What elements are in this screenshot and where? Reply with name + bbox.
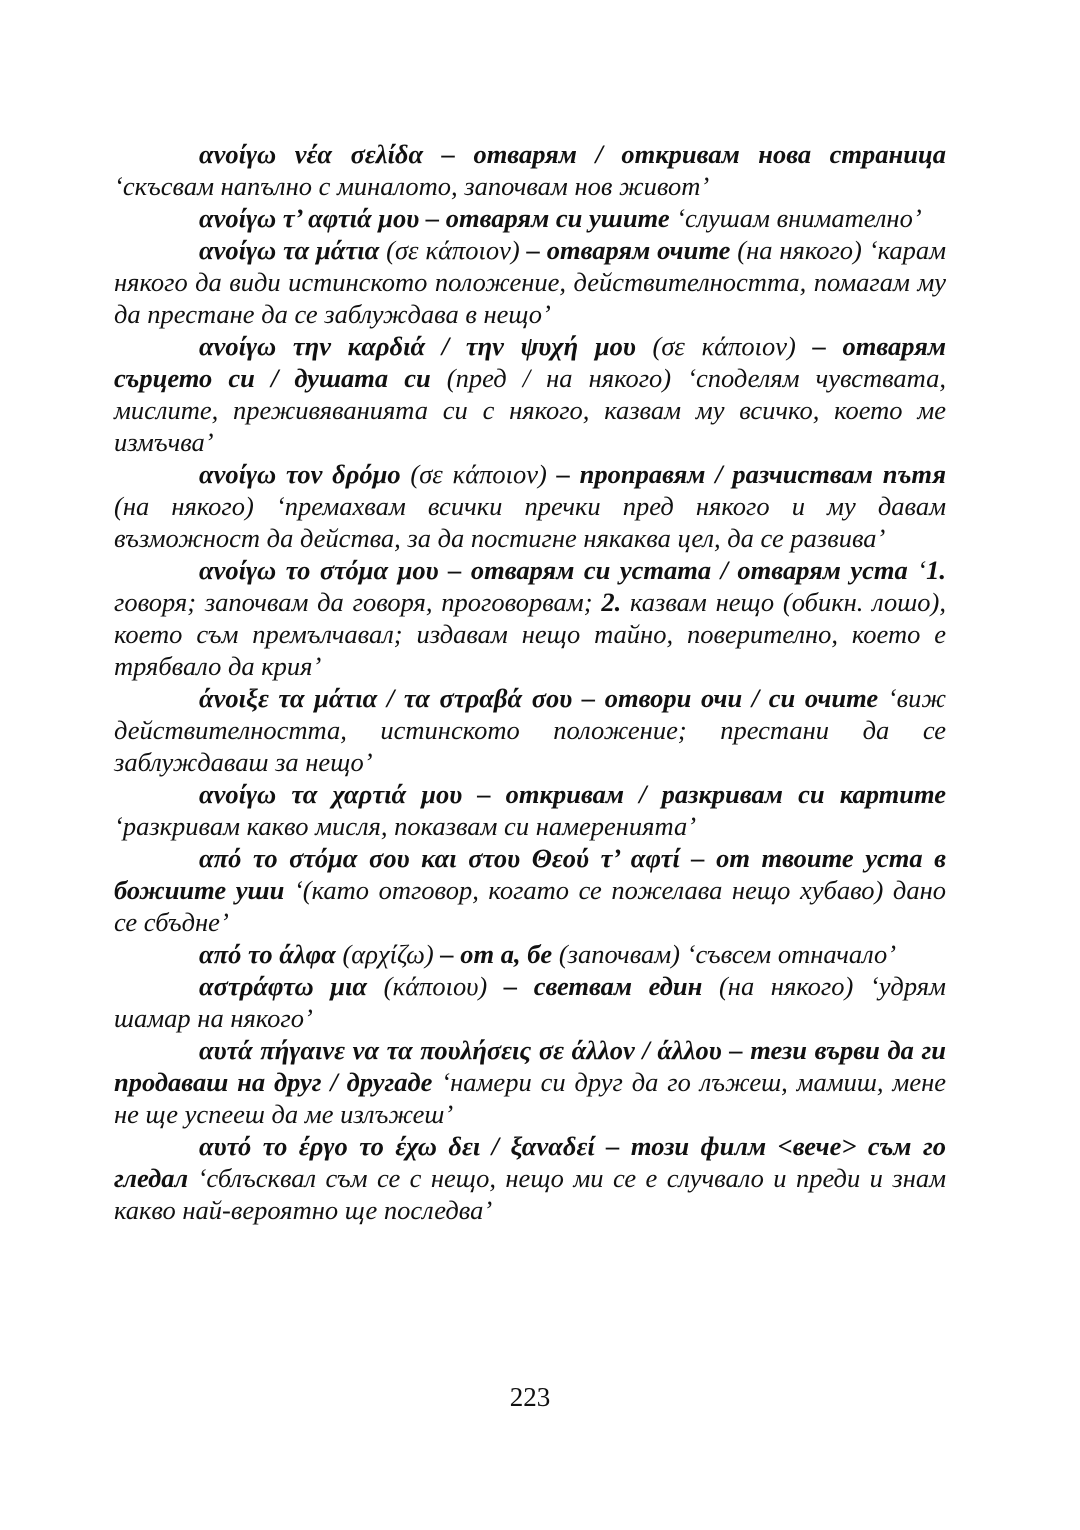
dictionary-entry: ανοίγω το στόμα μου – отварям си устата … (114, 554, 946, 682)
dictionary-entry: ανοίγω τον δρόμο (σε κάποιον) – проправя… (114, 458, 946, 554)
dictionary-entry: αστράφτω μια (κάποιου) – светвам един (н… (114, 970, 946, 1034)
entry-segment-bold-italic: 2. (601, 587, 621, 617)
entry-segment-italic: (на някого) ‘премахвам всички пречки пре… (114, 491, 946, 553)
dictionary-entry: άνοιξε τα μάτια / τα στραβά σου – отвори… (114, 682, 946, 778)
dictionary-entry: ανοίγω νέα σελίδα – отварям / откривам н… (114, 138, 946, 202)
entry-segment-italic: (σε κάποιον) (653, 331, 813, 361)
entry-segment-italic: (αρχίζω) (342, 939, 440, 969)
dictionary-entry: αυτό το έργο το έχω δει / ξαναδεί – този… (114, 1130, 946, 1226)
entry-segment-bold-italic: – проправям / разчиствам пътя (557, 459, 946, 489)
entry-segment-bold-italic: ανοίγω τα μάτια (199, 235, 386, 265)
entry-segment-bold-italic: ανοίγω την καρδιά / την ψυχή μου (199, 331, 653, 361)
dictionary-entry: ανοίγω τα μάτια (σε κάποιον) – отварям о… (114, 234, 946, 330)
entry-segment-bold-italic: – отварям очите (527, 235, 738, 265)
entry-segment-italic: (κάποιου) (384, 971, 504, 1001)
entry-segment-bold-italic: – от а, бе (440, 939, 558, 969)
dictionary-page: ανοίγω νέα σελίδα – отварям / откривам н… (0, 0, 1080, 1530)
entry-segment-bold-italic: ανοίγω τον δρόμο (199, 459, 410, 489)
entry-segment-bold-italic: – светвам един (504, 971, 719, 1001)
entry-segment-italic: ‘слушам внимателно’ (676, 203, 921, 233)
dictionary-entry: ανοίγω την καρδιά / την ψυχή μου (σε κάπ… (114, 330, 946, 458)
entry-segment-italic: (започвам) ‘съвсем отначало’ (559, 939, 896, 969)
dictionary-entry: ανοίγω τ’ αφτιά μου – отварям си ушите ‘… (114, 202, 946, 234)
entry-segment-bold-italic: αστράφτω μια (199, 971, 384, 1001)
entry-segment-italic: ‘разкривам какво мисля, показвам си наме… (114, 811, 696, 841)
entry-segment-bold-italic: ανοίγω το στόμα μου – отварям си устата … (199, 555, 917, 585)
entry-segment-italic: (σε κάποιον) (410, 459, 556, 489)
dictionary-entry: από το άλφα (αρχίζω) – от а, бе (започва… (114, 938, 946, 970)
entries: ανοίγω νέα σελίδα – отварям / откривам н… (114, 138, 946, 1226)
dictionary-entry: από το στόμα σου και στου Θεού τ’ αφτί –… (114, 842, 946, 938)
entry-segment-italic: говоря; започвам да говоря, проговорвам; (114, 587, 601, 617)
entry-segment-italic: (σε κάποιον) (386, 235, 526, 265)
entry-segment-bold-italic: άνοιξε τα μάτια / τα στραβά σου – отвори… (199, 683, 888, 713)
entry-segment-bold-italic: 1. (926, 555, 946, 585)
entry-segment-italic: ‘скъсвам напълно с миналото, започвам но… (114, 171, 709, 201)
dictionary-entry: ανοίγω τα χαρτιά μου – откривам / разкри… (114, 778, 946, 842)
entry-segment-italic: ‘сблъсквал съм се с нещо, нещо ми се е с… (114, 1163, 946, 1225)
entry-segment-bold-italic: ανοίγω τα χαρτιά μου – откривам / разкри… (199, 779, 946, 809)
entry-segment-italic: ‘ (917, 555, 926, 585)
dictionary-entry: αυτά πήγαινε να τα πουλήσεις σε άλλον / … (114, 1034, 946, 1130)
entry-segment-bold-italic: ανοίγω τ’ αφτιά μου – отварям си ушите (199, 203, 676, 233)
entry-segment-bold-italic: ανοίγω νέα σελίδα – отварям / откривам н… (199, 139, 946, 169)
page-number: 223 (114, 1382, 946, 1413)
entry-segment-bold-italic: από το άλφα (199, 939, 342, 969)
